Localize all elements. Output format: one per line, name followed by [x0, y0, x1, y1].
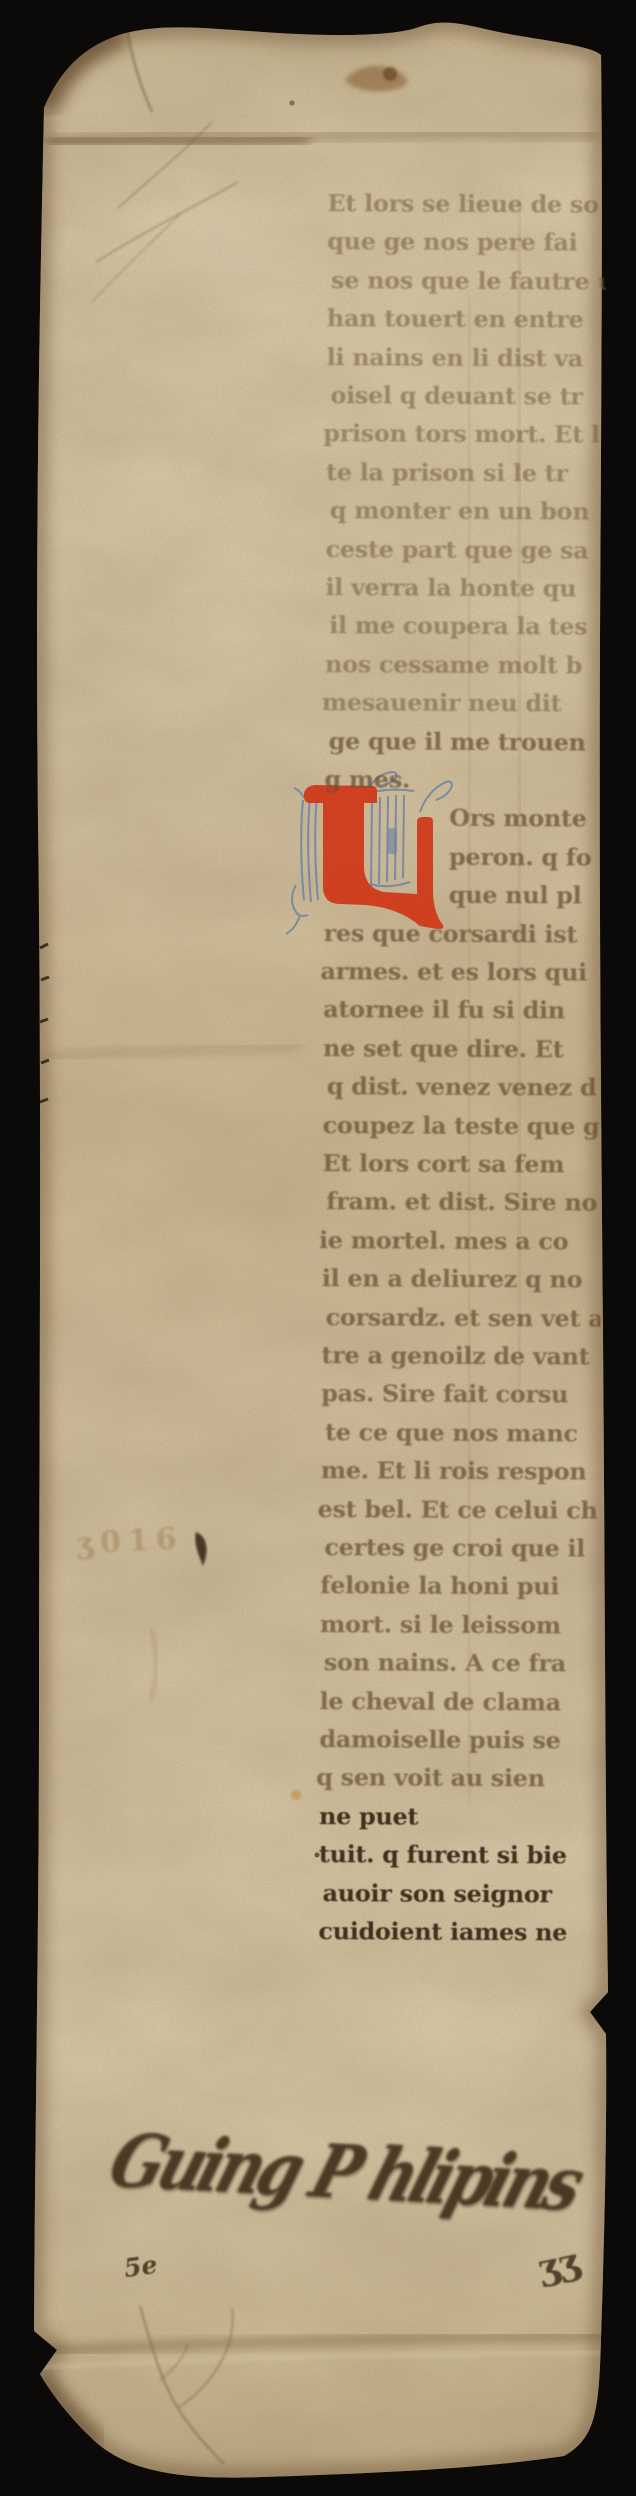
- manuscript-line: peron. q fo: [449, 844, 592, 872]
- manuscript-line: li nains en li dist va: [327, 344, 583, 372]
- manuscript-line: ne set que dire. Et: [323, 1035, 563, 1063]
- manuscript-line: il en a deliurez q no: [322, 1265, 582, 1293]
- manuscript-line: certes ge croi que il: [324, 1534, 585, 1562]
- manuscript-line: te ce que nos manc: [325, 1419, 578, 1447]
- manuscript-line: Ors monte: [449, 805, 587, 833]
- manuscript-line: que ge nos pere fai: [327, 229, 577, 257]
- manuscript-line: il me coupera la tes: [329, 613, 587, 641]
- manuscript-line: te la prison si le tr: [326, 459, 568, 487]
- margin-faint-mark: ʒ016: [75, 1521, 184, 1562]
- manuscript-line: nos cessame molt b: [325, 651, 582, 679]
- manuscript-line: cuidoient iames ne: [318, 1918, 567, 1946]
- manuscript-line: Et lors se lieue de so: [327, 190, 598, 218]
- inscription-flourish: ʒʒ: [534, 2240, 583, 2290]
- manuscript-line: fram. et dist. Sire no: [326, 1189, 597, 1217]
- margin-number: 5e: [122, 2250, 159, 2283]
- text-block: Et lors se lieue de soque ge nos pere fa…: [0, 0, 608, 2496]
- manuscript-line: que nul pl: [449, 882, 582, 910]
- manuscript-line: Et lors cort sa fem: [322, 1150, 564, 1178]
- manuscript-line: est bel. Et ce celui ch: [318, 1496, 598, 1524]
- manuscript-line: tre a genoilz de vant: [321, 1342, 589, 1370]
- manuscript-line: q dist. venez venez d: [327, 1073, 597, 1101]
- manuscript-line: atornee il fu si din: [323, 997, 565, 1025]
- manuscript-line: tuit. q furent si bie: [319, 1841, 567, 1869]
- photo-background: Et lors se lieue de soque ge nos pere fa…: [0, 0, 636, 2496]
- manuscript-line: armes. et es lors qui: [320, 958, 587, 986]
- manuscript-line: ge que il me trouen: [329, 728, 586, 756]
- manuscript-line: ie mortel. mes a co: [319, 1227, 568, 1255]
- manuscript-line: corsardz. et sen vet a: [326, 1304, 604, 1332]
- manuscript-line: oisel q deuant se tr: [330, 382, 582, 410]
- manuscript-line: mort. si le leissom: [320, 1611, 561, 1639]
- manuscript-line: res que corsardi ist: [324, 920, 578, 948]
- manuscript-line: g mes.: [324, 766, 410, 793]
- manuscript-line: ne puet: [319, 1803, 418, 1831]
- manuscript-line: son nains. A ce fra: [324, 1649, 566, 1677]
- manuscript-line: auoir son seignor: [323, 1880, 552, 1908]
- manuscript-line: mesauenir neu dit: [322, 689, 562, 717]
- manuscript-line: se nos que le fautre u: [331, 267, 608, 295]
- manuscript-line: pas. Sire fait corsu: [321, 1381, 568, 1409]
- manuscript-line: q monter en un bon: [330, 497, 590, 525]
- manuscript-line: q sen voit au sien: [316, 1764, 545, 1792]
- manuscript-line: coupez la teste que g: [323, 1112, 600, 1140]
- manuscript-line: il verra la honte qu: [325, 574, 576, 602]
- manuscript-line: me. Et li rois respon: [321, 1457, 587, 1485]
- manuscript-line: felonie la honi pui: [320, 1572, 559, 1600]
- manuscript-line: le cheval de clama: [320, 1688, 561, 1716]
- manuscript-line: damoiselle puis se: [319, 1726, 560, 1754]
- manuscript-line: ceste part que ge sa: [326, 536, 589, 564]
- manuscript-line: prison tors mort. Et l: [323, 420, 600, 448]
- manuscript-line: han touert en entre: [327, 305, 584, 333]
